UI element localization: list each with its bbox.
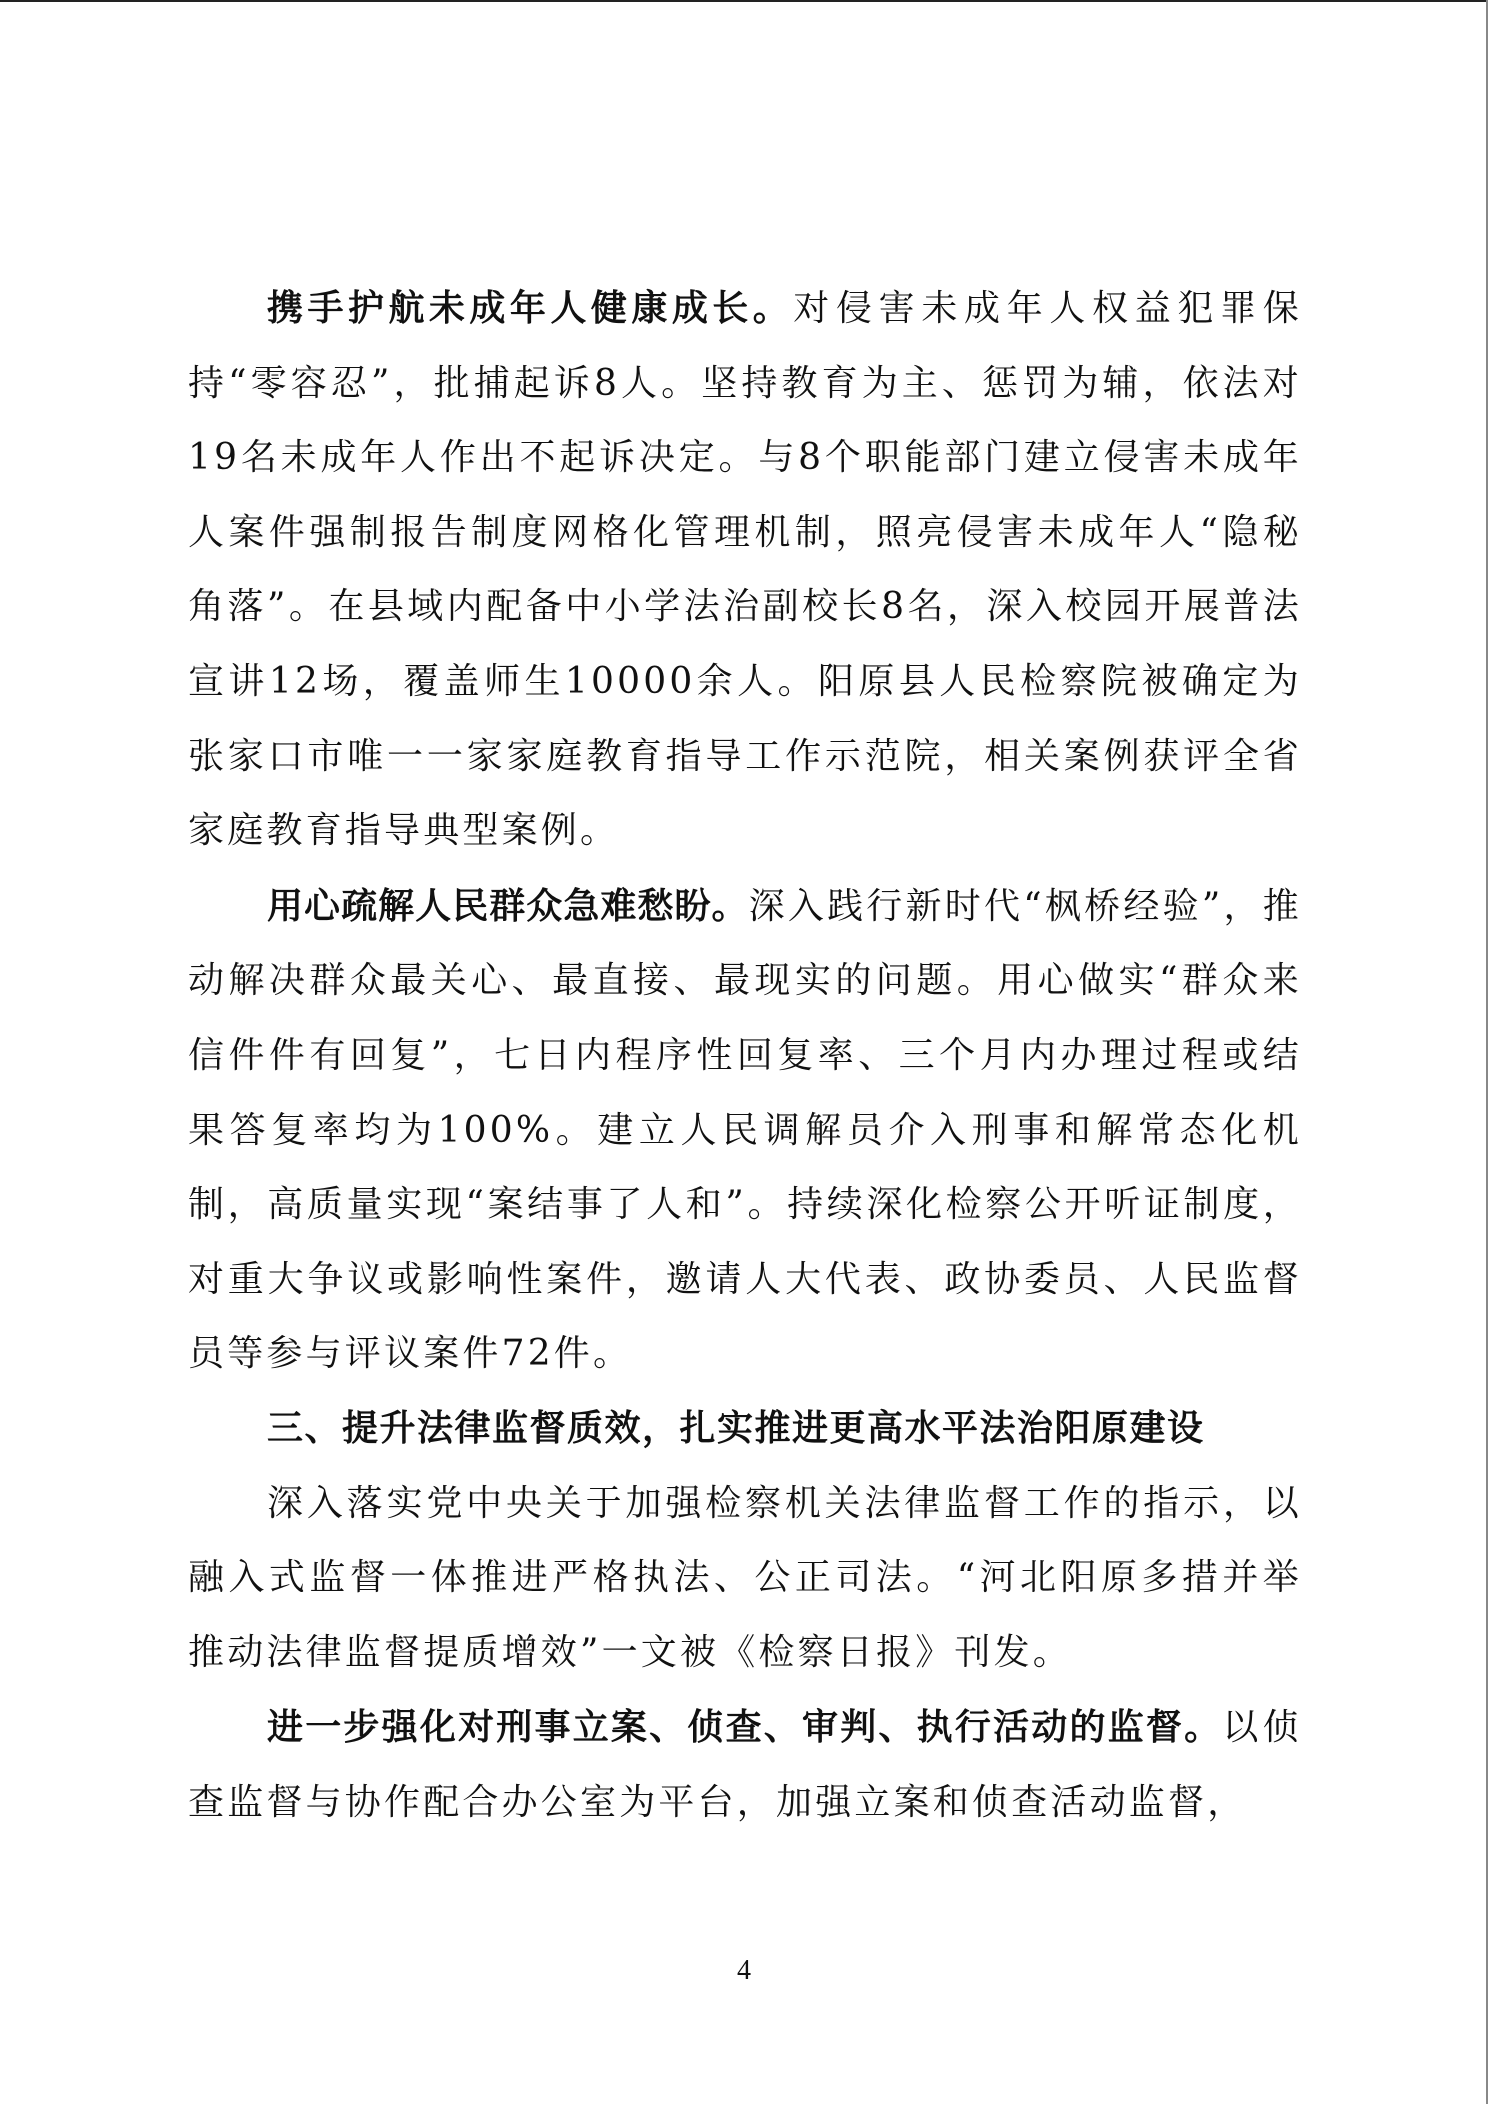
paragraph-lead: 用心疏解人民群众急难愁盼。 (267, 885, 749, 927)
document-body: 携手护航未成年人健康成长。对侵害未成年人权益犯罪保持“零容忍”，批捕起诉8人。坚… (188, 271, 1302, 1840)
paragraph-lead: 携手护航未成年人健康成长。 (267, 287, 793, 329)
paragraph-public-concerns: 用心疏解人民群众急难愁盼。深入践行新时代“枫桥经验”，推动解决群众最关心、最直接… (188, 869, 1302, 1392)
section-intro: 深入落实党中央关于加强检察机关法律监督工作的指示，以融入式监督一体推进严格执法、… (188, 1467, 1302, 1691)
paragraph-lead: 进一步强化对刑事立案、侦查、审判、执行活动的监督。 (267, 1706, 1222, 1748)
paragraph-text: 深入践行新时代“枫桥经验”，推动解决群众最关心、最直接、最现实的问题。用心做实“… (188, 886, 1302, 1375)
section-heading: 三、提升法律监督质效，扎实推进更高水平法治阳原建设 (188, 1392, 1302, 1467)
paragraph-criminal-supervision: 进一步强化对刑事立案、侦查、审判、执行活动的监督。以侦查监督与协作配合办公室为平… (188, 1690, 1302, 1840)
page-border-top (0, 0, 1488, 2)
paragraph-text: 对侵害未成年人权益犯罪保持“零容忍”，批捕起诉8人。坚持教育为主、惩罚为辅，依法… (188, 288, 1302, 851)
paragraph-minors-protection: 携手护航未成年人健康成长。对侵害未成年人权益犯罪保持“零容忍”，批捕起诉8人。坚… (188, 271, 1302, 869)
page-number: 4 (0, 1955, 1488, 1987)
